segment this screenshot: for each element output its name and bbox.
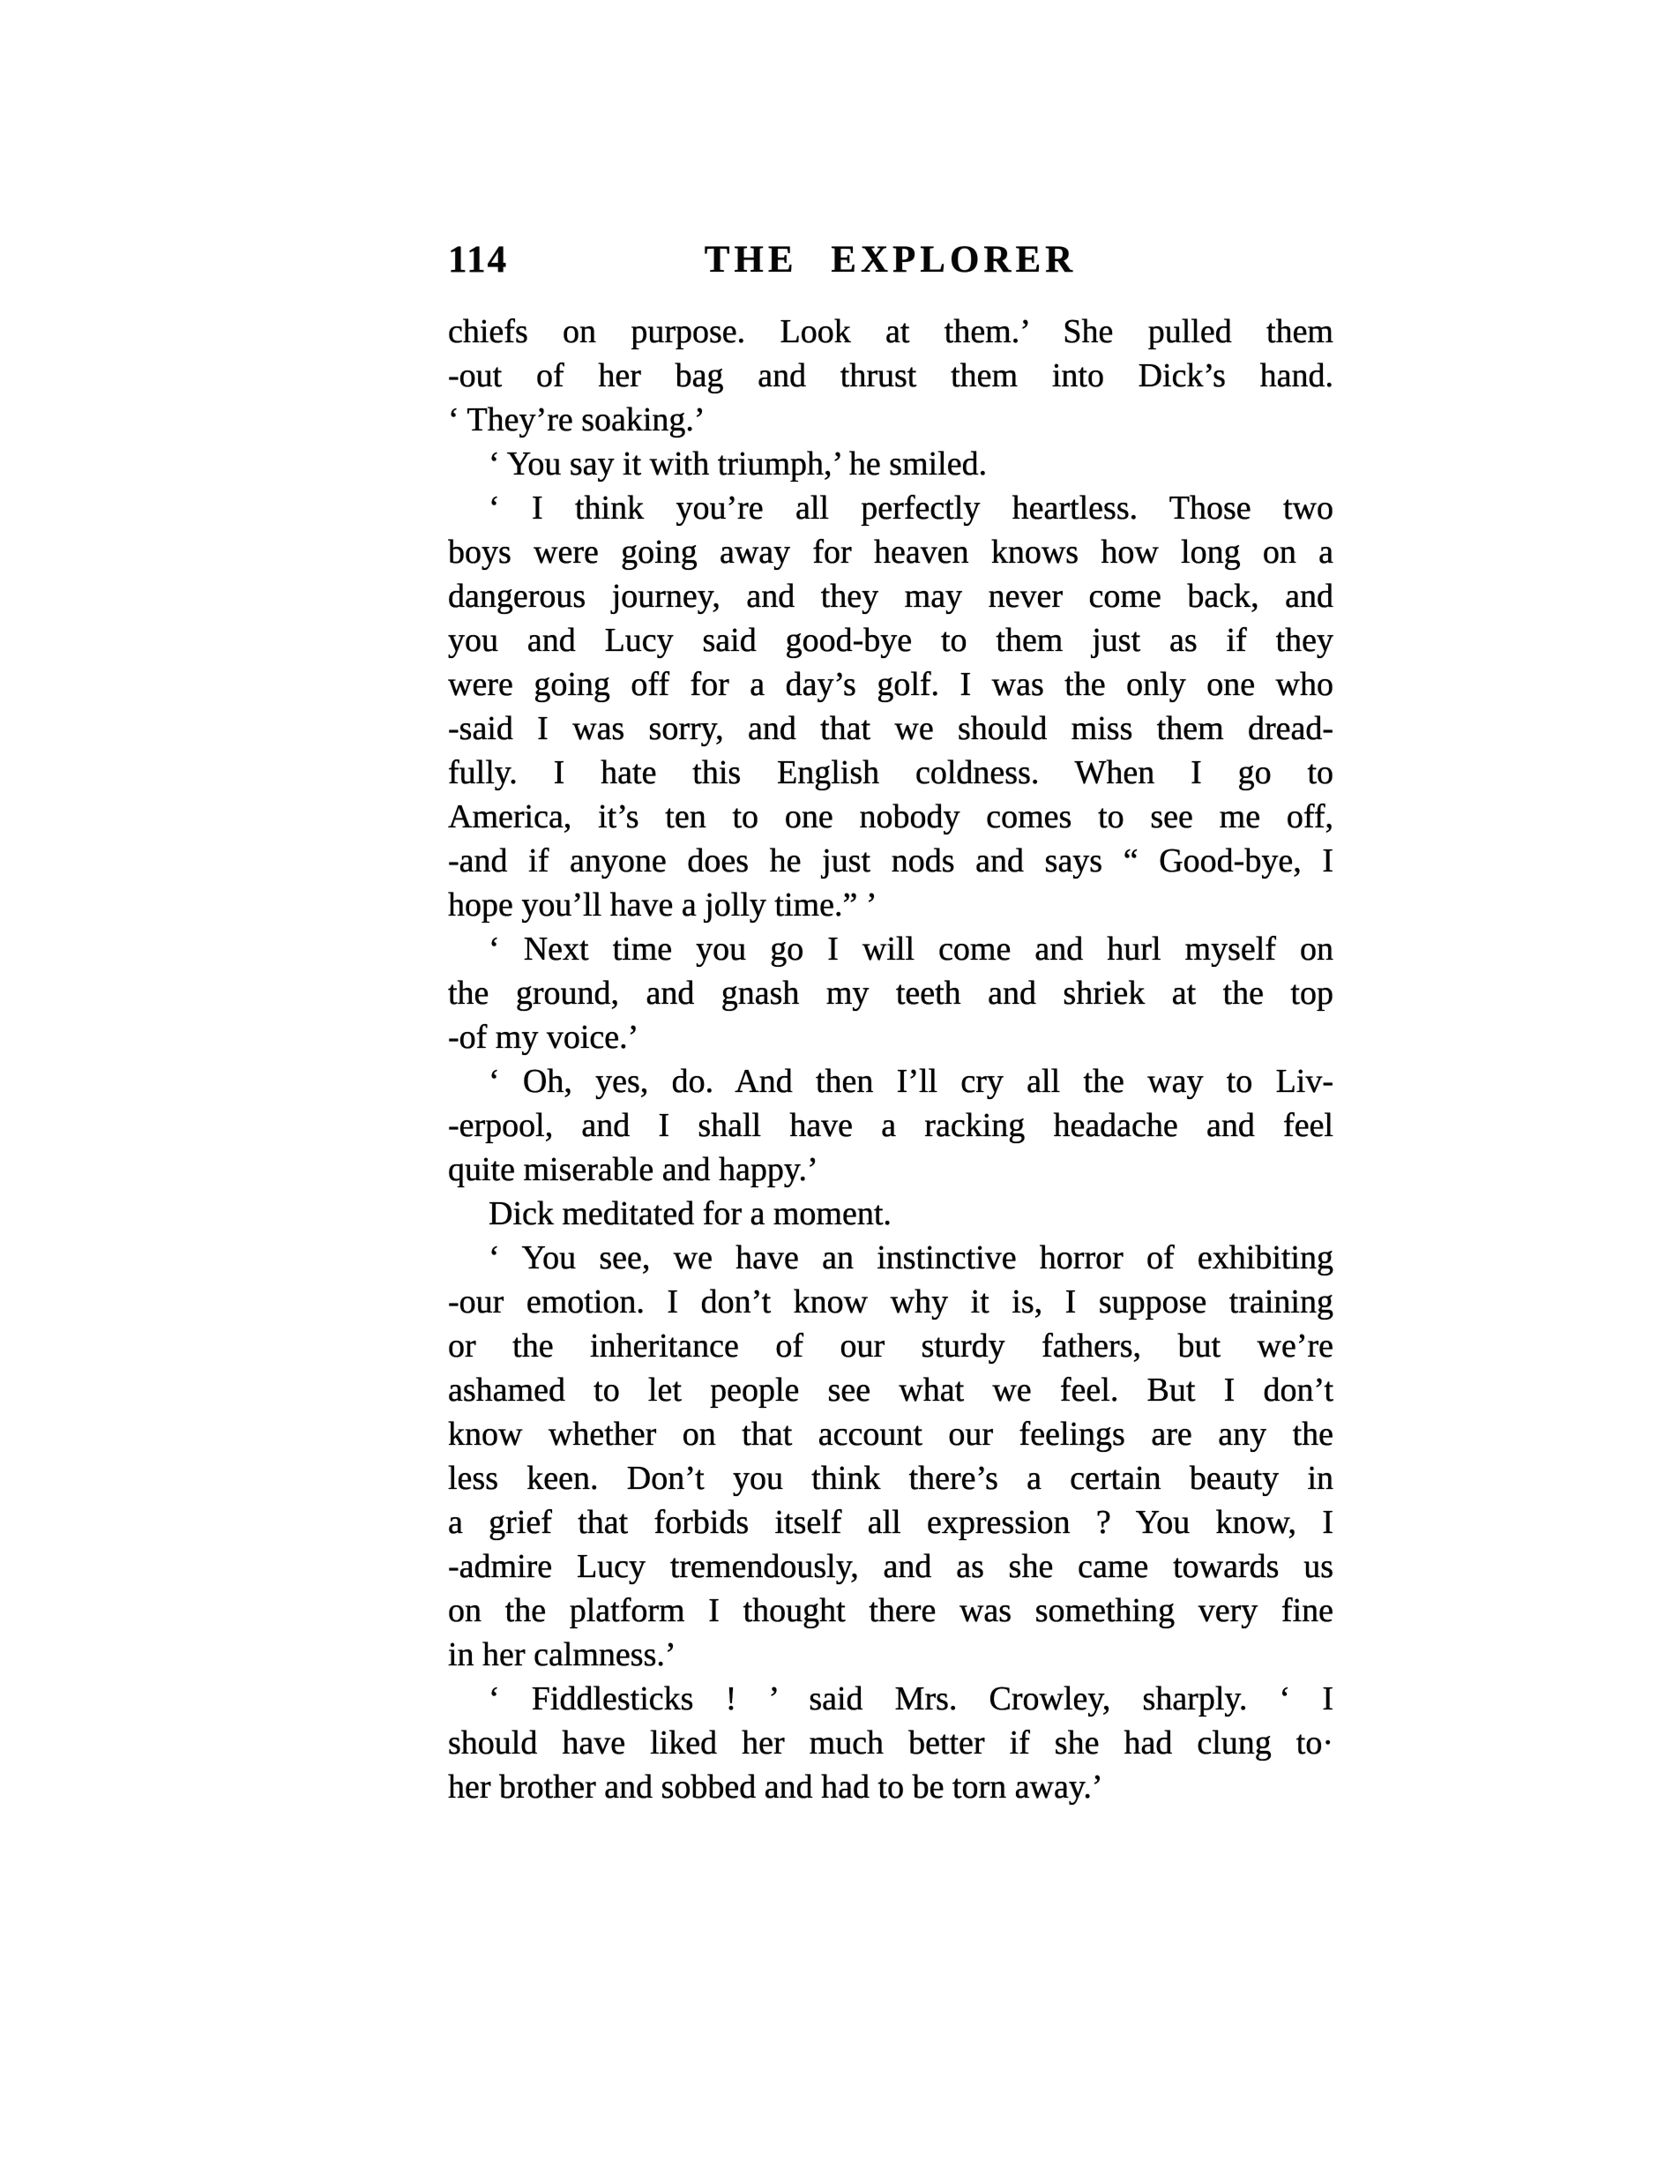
paragraph: ‘ Fiddlesticks ! ’ said Mrs. Crowley, sh… xyxy=(448,1677,1333,1809)
paragraph: chiefs on purpose. Look at them.’ She pu… xyxy=(448,310,1333,442)
text-line: hope you’ll have a jolly time.” ’ xyxy=(448,883,1333,927)
text-line: Dick meditated for a moment. xyxy=(448,1192,1333,1236)
text-line: you and Lucy said good-bye to them just … xyxy=(448,618,1333,662)
running-title: THE EXPLORER xyxy=(448,240,1333,280)
page-header: 114 THE EXPLORER xyxy=(448,240,1333,280)
text-line: a grief that forbids itself all expressi… xyxy=(448,1500,1333,1545)
text-line: -said I was sorry, and that we should mi… xyxy=(448,707,1333,751)
paragraph: Dick meditated for a moment. xyxy=(448,1192,1333,1236)
text-line: her brother and sobbed and had to be tor… xyxy=(448,1765,1333,1809)
text-block: 114 THE EXPLORER chiefs on purpose. Look… xyxy=(448,240,1333,1809)
text-line: America, it’s ten to one nobody comes to… xyxy=(448,795,1333,839)
text-line: ‘ Next time you go I will come and hurl … xyxy=(448,927,1333,971)
text-line: fully. I hate this English coldness. Whe… xyxy=(448,751,1333,795)
text-line: boys were going away for heaven knows ho… xyxy=(448,530,1333,574)
text-line: -of my voice.’ xyxy=(448,1015,1333,1059)
text-line: ‘ Oh, yes, do. And then I’ll cry all the… xyxy=(448,1059,1333,1103)
text-line: -erpool, and I shall have a racking head… xyxy=(448,1103,1333,1148)
text-line: the ground, and gnash my teeth and shrie… xyxy=(448,971,1333,1015)
text-line: -admire Lucy tremendously, and as she ca… xyxy=(448,1545,1333,1589)
paragraph: ‘ You say it with triumph,’ he smiled. xyxy=(448,442,1333,486)
paragraph: ‘ I think you’re all perfectly heartless… xyxy=(448,486,1333,927)
paragraph: ‘ Next time you go I will come and hurl … xyxy=(448,927,1333,1059)
text-line: -out of her bag and thrust them into Dic… xyxy=(448,354,1333,398)
text-line: ashamed to let people see what we feel. … xyxy=(448,1368,1333,1412)
text-line: were going off for a day’s golf. I was t… xyxy=(448,662,1333,707)
text-line: quite miserable and happy.’ xyxy=(448,1148,1333,1192)
text-line: in her calmness.’ xyxy=(448,1633,1333,1677)
text-line: know whether on that account our feeling… xyxy=(448,1412,1333,1456)
paragraph: ‘ Oh, yes, do. And then I’ll cry all the… xyxy=(448,1059,1333,1192)
text-line: chiefs on purpose. Look at them.’ She pu… xyxy=(448,310,1333,354)
text-line: -and if anyone does he just nods and say… xyxy=(448,839,1333,883)
page-number: 114 xyxy=(448,240,508,280)
text-line: should have liked her much better if she… xyxy=(448,1721,1333,1765)
text-line: ‘ Fiddlesticks ! ’ said Mrs. Crowley, sh… xyxy=(448,1677,1333,1721)
book-page: 114 THE EXPLORER chiefs on purpose. Look… xyxy=(0,0,1680,2184)
text-body: chiefs on purpose. Look at them.’ She pu… xyxy=(448,310,1333,1809)
text-line: less keen. Don’t you think there’s a cer… xyxy=(448,1456,1333,1500)
text-line: or the inheritance of our sturdy fathers… xyxy=(448,1324,1333,1368)
text-line: -our emotion. I don’t know why it is, I … xyxy=(448,1280,1333,1324)
paragraph: ‘ You see, we have an instinctive horror… xyxy=(448,1236,1333,1677)
text-line: ‘ You say it with triumph,’ he smiled. xyxy=(448,442,1333,486)
text-line: ‘ They’re soaking.’ xyxy=(448,398,1333,442)
text-line: ‘ You see, we have an instinctive horror… xyxy=(448,1236,1333,1280)
text-line: on the platform I thought there was some… xyxy=(448,1589,1333,1633)
text-line: dangerous journey, and they may never co… xyxy=(448,574,1333,618)
text-line: ‘ I think you’re all perfectly heartless… xyxy=(448,486,1333,530)
